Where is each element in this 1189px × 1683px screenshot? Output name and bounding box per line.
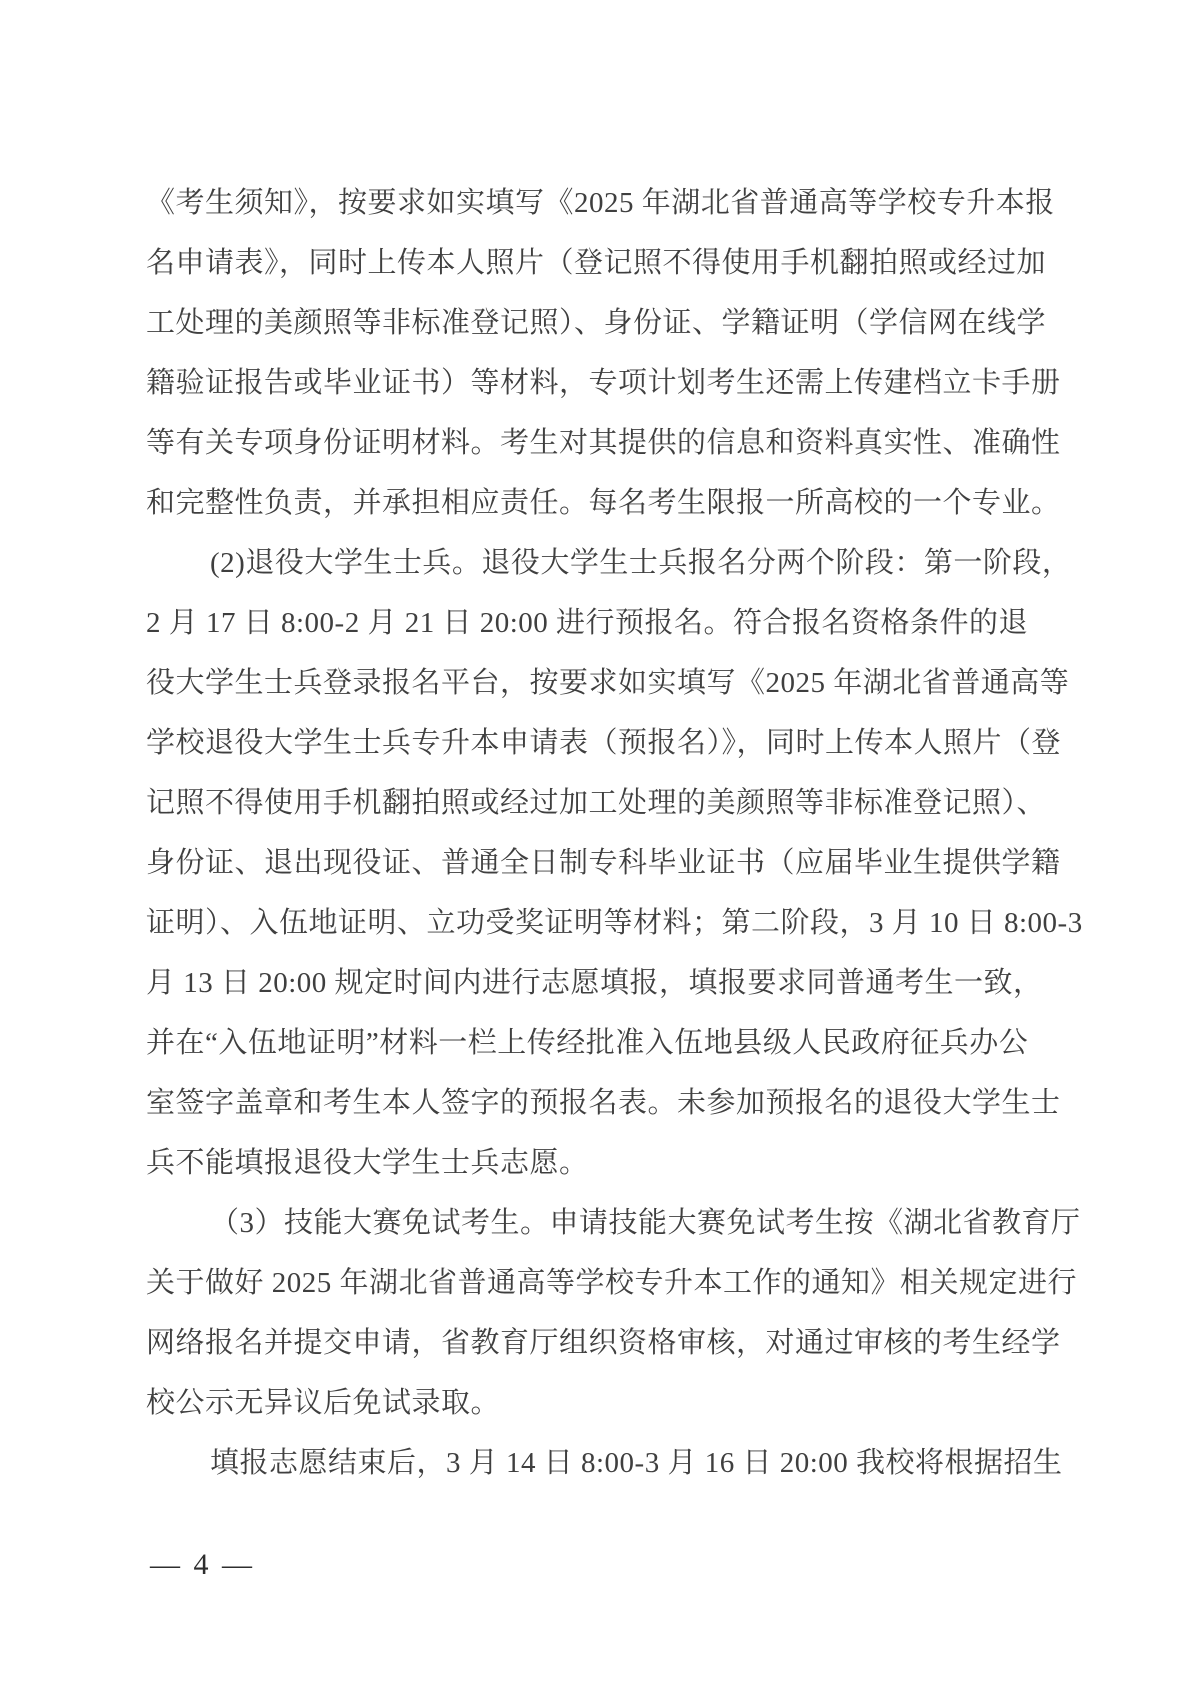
text-line: 和完整性负责，并承担相应责任。每名考生限报一所高校的一个专业。: [146, 473, 1051, 533]
text-line: 月 13 日 20:00 规定时间内进行志愿填报，填报要求同普通考生一致，: [146, 953, 1051, 1013]
text-line: 工处理的美颜照等非标准登记照）、身份证、学籍证明（学信网在线学: [146, 293, 1051, 353]
text-line: 并在“入伍地证明”材料一栏上传经批准入伍地县级人民政府征兵办公: [146, 1013, 1051, 1073]
text-line: 《考生须知》，按要求如实填写《2025 年湖北省普通高等学校专升本报: [146, 173, 1051, 233]
text-line: 役大学生士兵登录报名平台，按要求如实填写《2025 年湖北省普通高等: [146, 653, 1051, 713]
page-number: — 4 —: [150, 1545, 255, 1585]
text-line: 等有关专项身份证明材料。考生对其提供的信息和资料真实性、准确性: [146, 413, 1051, 473]
text-line: (2)退役大学生士兵。退役大学生士兵报名分两个阶段：第一阶段，: [146, 533, 1051, 593]
text-line: 关于做好 2025 年湖北省普通高等学校专升本工作的通知》相关规定进行: [146, 1253, 1051, 1313]
text-line: 网络报名并提交申请，省教育厅组织资格审核，对通过审核的考生经学: [146, 1313, 1051, 1373]
document-page: 《考生须知》，按要求如实填写《2025 年湖北省普通高等学校专升本报名申请表》，…: [0, 0, 1189, 1683]
text-line: 兵不能填报退役大学生士兵志愿。: [146, 1133, 1051, 1193]
text-line: 填报志愿结束后，3 月 14 日 8:00-3 月 16 日 20:00 我校将…: [146, 1433, 1051, 1493]
document-text: 《考生须知》，按要求如实填写《2025 年湖北省普通高等学校专升本报名申请表》，…: [146, 173, 1051, 1493]
text-line: 2 月 17 日 8:00-2 月 21 日 20:00 进行预报名。符合报名资…: [146, 593, 1051, 653]
text-line: 室签字盖章和考生本人签字的预报名表。未参加预报名的退役大学生士: [146, 1073, 1051, 1133]
text-line: 校公示无异议后免试录取。: [146, 1373, 1051, 1433]
text-line: 名申请表》，同时上传本人照片（登记照不得使用手机翻拍照或经过加: [146, 233, 1051, 293]
text-line: 证明）、入伍地证明、立功受奖证明等材料；第二阶段，3 月 10 日 8:00-3: [146, 893, 1051, 953]
text-line: 籍验证报告或毕业证书）等材料，专项计划考生还需上传建档立卡手册: [146, 353, 1051, 413]
text-line: （3）技能大赛免试考生。申请技能大赛免试考生按《湖北省教育厅: [146, 1193, 1051, 1253]
text-line: 学校退役大学生士兵专升本申请表（预报名）》，同时上传本人照片（登: [146, 713, 1051, 773]
text-line: 记照不得使用手机翻拍照或经过加工处理的美颜照等非标准登记照）、: [146, 773, 1051, 833]
text-line: 身份证、退出现役证、普通全日制专科毕业证书（应届毕业生提供学籍: [146, 833, 1051, 893]
